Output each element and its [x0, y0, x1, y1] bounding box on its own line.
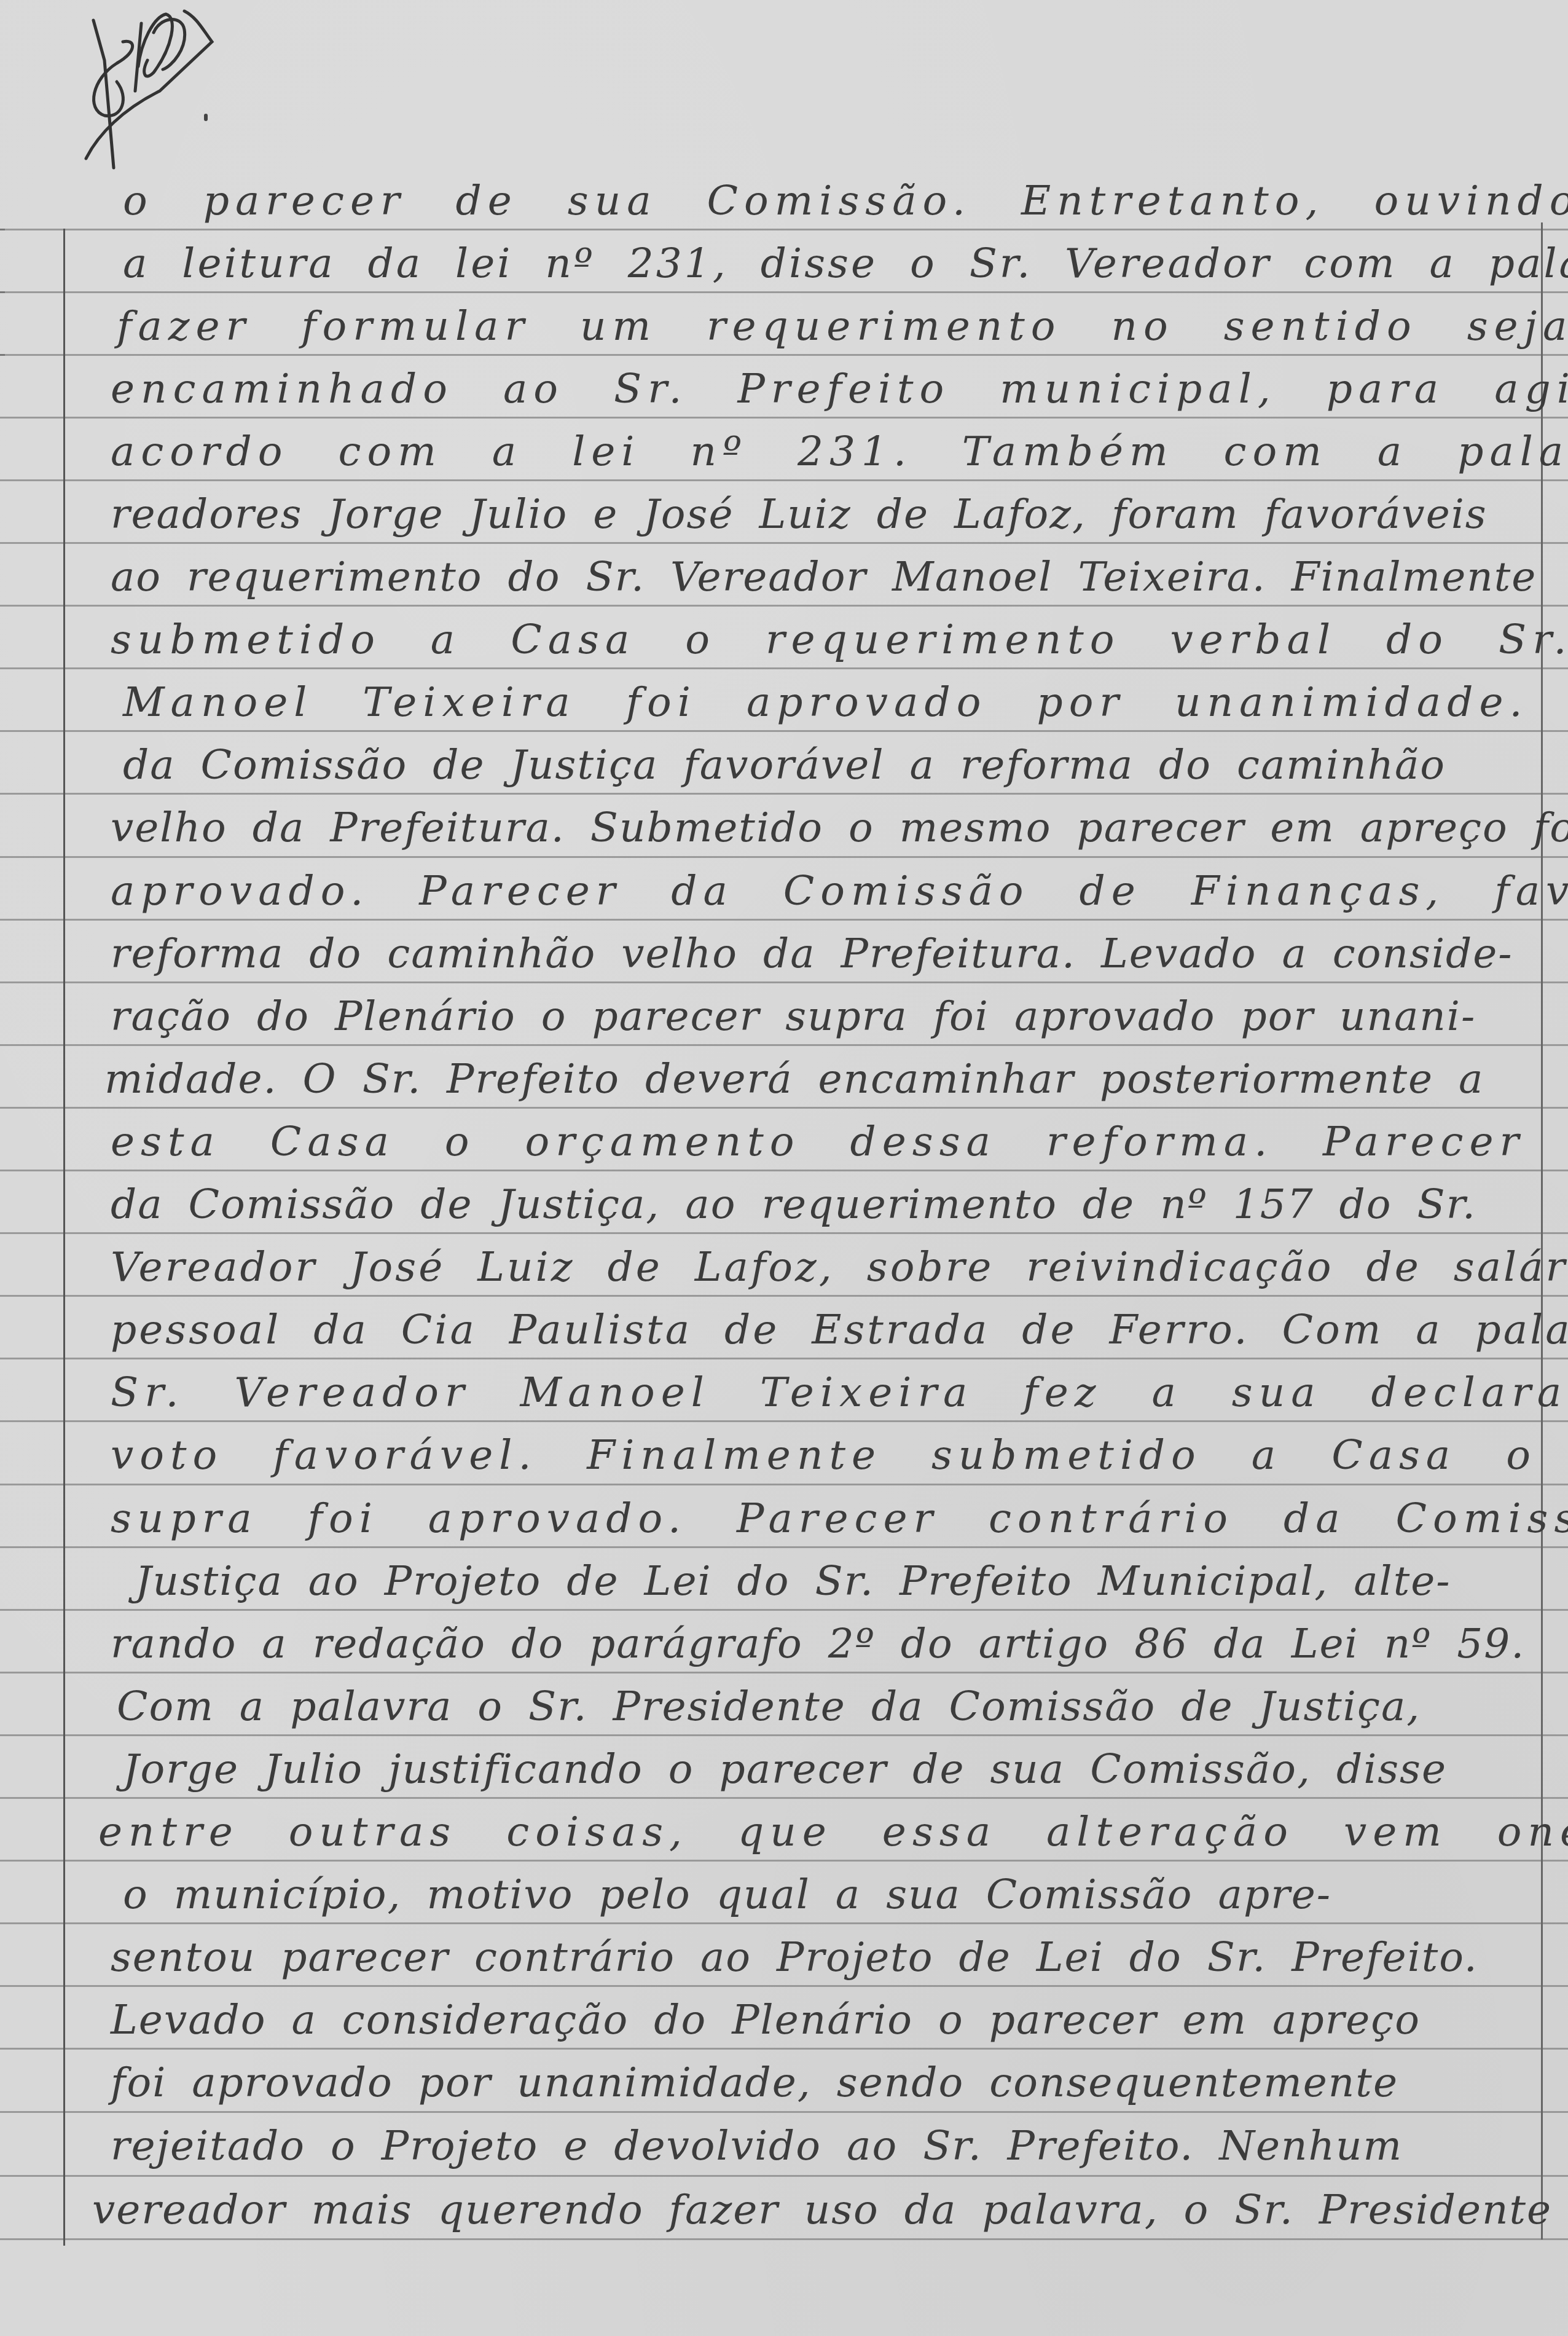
text-line: da Comissão de Justiça, ao requerimento … — [111, 1177, 1548, 1238]
left-margin-line — [63, 229, 65, 2246]
text-line: rando a redação do parágrafo 2º do artig… — [111, 1616, 1548, 1678]
text-line: submetido a Casa o requerimento verbal d… — [111, 612, 1548, 674]
text-line: Justiça ao Projeto de Lei do Sr. Prefeit… — [135, 1554, 1568, 1615]
text-line: entre outras coisas, que essa alteração … — [98, 1804, 1536, 1866]
text-line: ração do Plenário o parecer supra foi ap… — [111, 989, 1548, 1050]
text-line: Sr. Vereador Manoel Teixeira fez a sua d… — [111, 1365, 1548, 1426]
document-page: o parecer de sua Comissão. Entretanto, o… — [0, 0, 1568, 2336]
text-line: midade. O Sr. Prefeito deverá encaminhar… — [104, 1052, 1542, 1113]
text-line: Jorge Julio justificando o parecer de su… — [123, 1742, 1561, 1803]
text-line: voto favorável. Finalmente submetido a C… — [111, 1428, 1548, 1489]
text-line: foi aprovado por unanimidade, sendo cons… — [111, 2055, 1548, 2117]
ink-dot — [204, 114, 208, 121]
text-line: rejeitado o Projeto e devolvido ao Sr. P… — [111, 2118, 1548, 2180]
text-line: Com a palavra o Sr. Presidente da Comiss… — [117, 1679, 1554, 1740]
text-line: reforma do caminhão velho da Prefeitura.… — [111, 926, 1548, 988]
text-line: da Comissão de Justiça favorável a refor… — [123, 737, 1561, 799]
text-line: encaminhado ao Sr. Prefeito municipal, p… — [111, 361, 1548, 423]
text-line: supra foi aprovado. Parecer contrário da… — [111, 1491, 1548, 1552]
text-line: fazer formular um requerimento no sentid… — [117, 299, 1554, 360]
text-line: o parecer de sua Comissão. Entretanto, o… — [123, 173, 1561, 235]
text-line: aprovado. Parecer da Comissão de Finança… — [111, 863, 1548, 925]
text-line: Vereador José Luiz de Lafoz, sobre reivi… — [111, 1240, 1548, 1301]
text-line: a leitura da lei nº 231, disse o Sr. Ver… — [123, 236, 1561, 297]
text-line: ao requerimento do Sr. Vereador Manoel T… — [111, 549, 1548, 611]
text-line: velho da Prefeitura. Submetido o mesmo p… — [111, 800, 1548, 862]
text-line: vereador mais querendo fazer uso da pala… — [92, 2182, 1530, 2244]
text-line: sentou parecer contrário ao Projeto de L… — [111, 1930, 1548, 1991]
edge-tick — [0, 354, 5, 356]
edge-tick — [0, 291, 5, 293]
text-line: o município, motivo pelo qual a sua Comi… — [123, 1867, 1561, 1929]
text-line: Levado a consideração do Plenário o pare… — [111, 1992, 1548, 2054]
initials-signature-icon — [80, 5, 240, 177]
text-line: esta Casa o orçamento dessa reforma. Par… — [111, 1114, 1548, 1176]
text-line: pessoal da Cia Paulista de Estrada de Fe… — [111, 1302, 1548, 1364]
text-line: acordo com a lei nº 231. Também com a pa… — [111, 424, 1548, 486]
edge-tick — [0, 229, 5, 230]
text-line: readores Jorge Julio e José Luiz de Lafo… — [111, 487, 1548, 548]
text-line: Manoel Teixeira foi aprovado por unanimi… — [123, 675, 1561, 736]
